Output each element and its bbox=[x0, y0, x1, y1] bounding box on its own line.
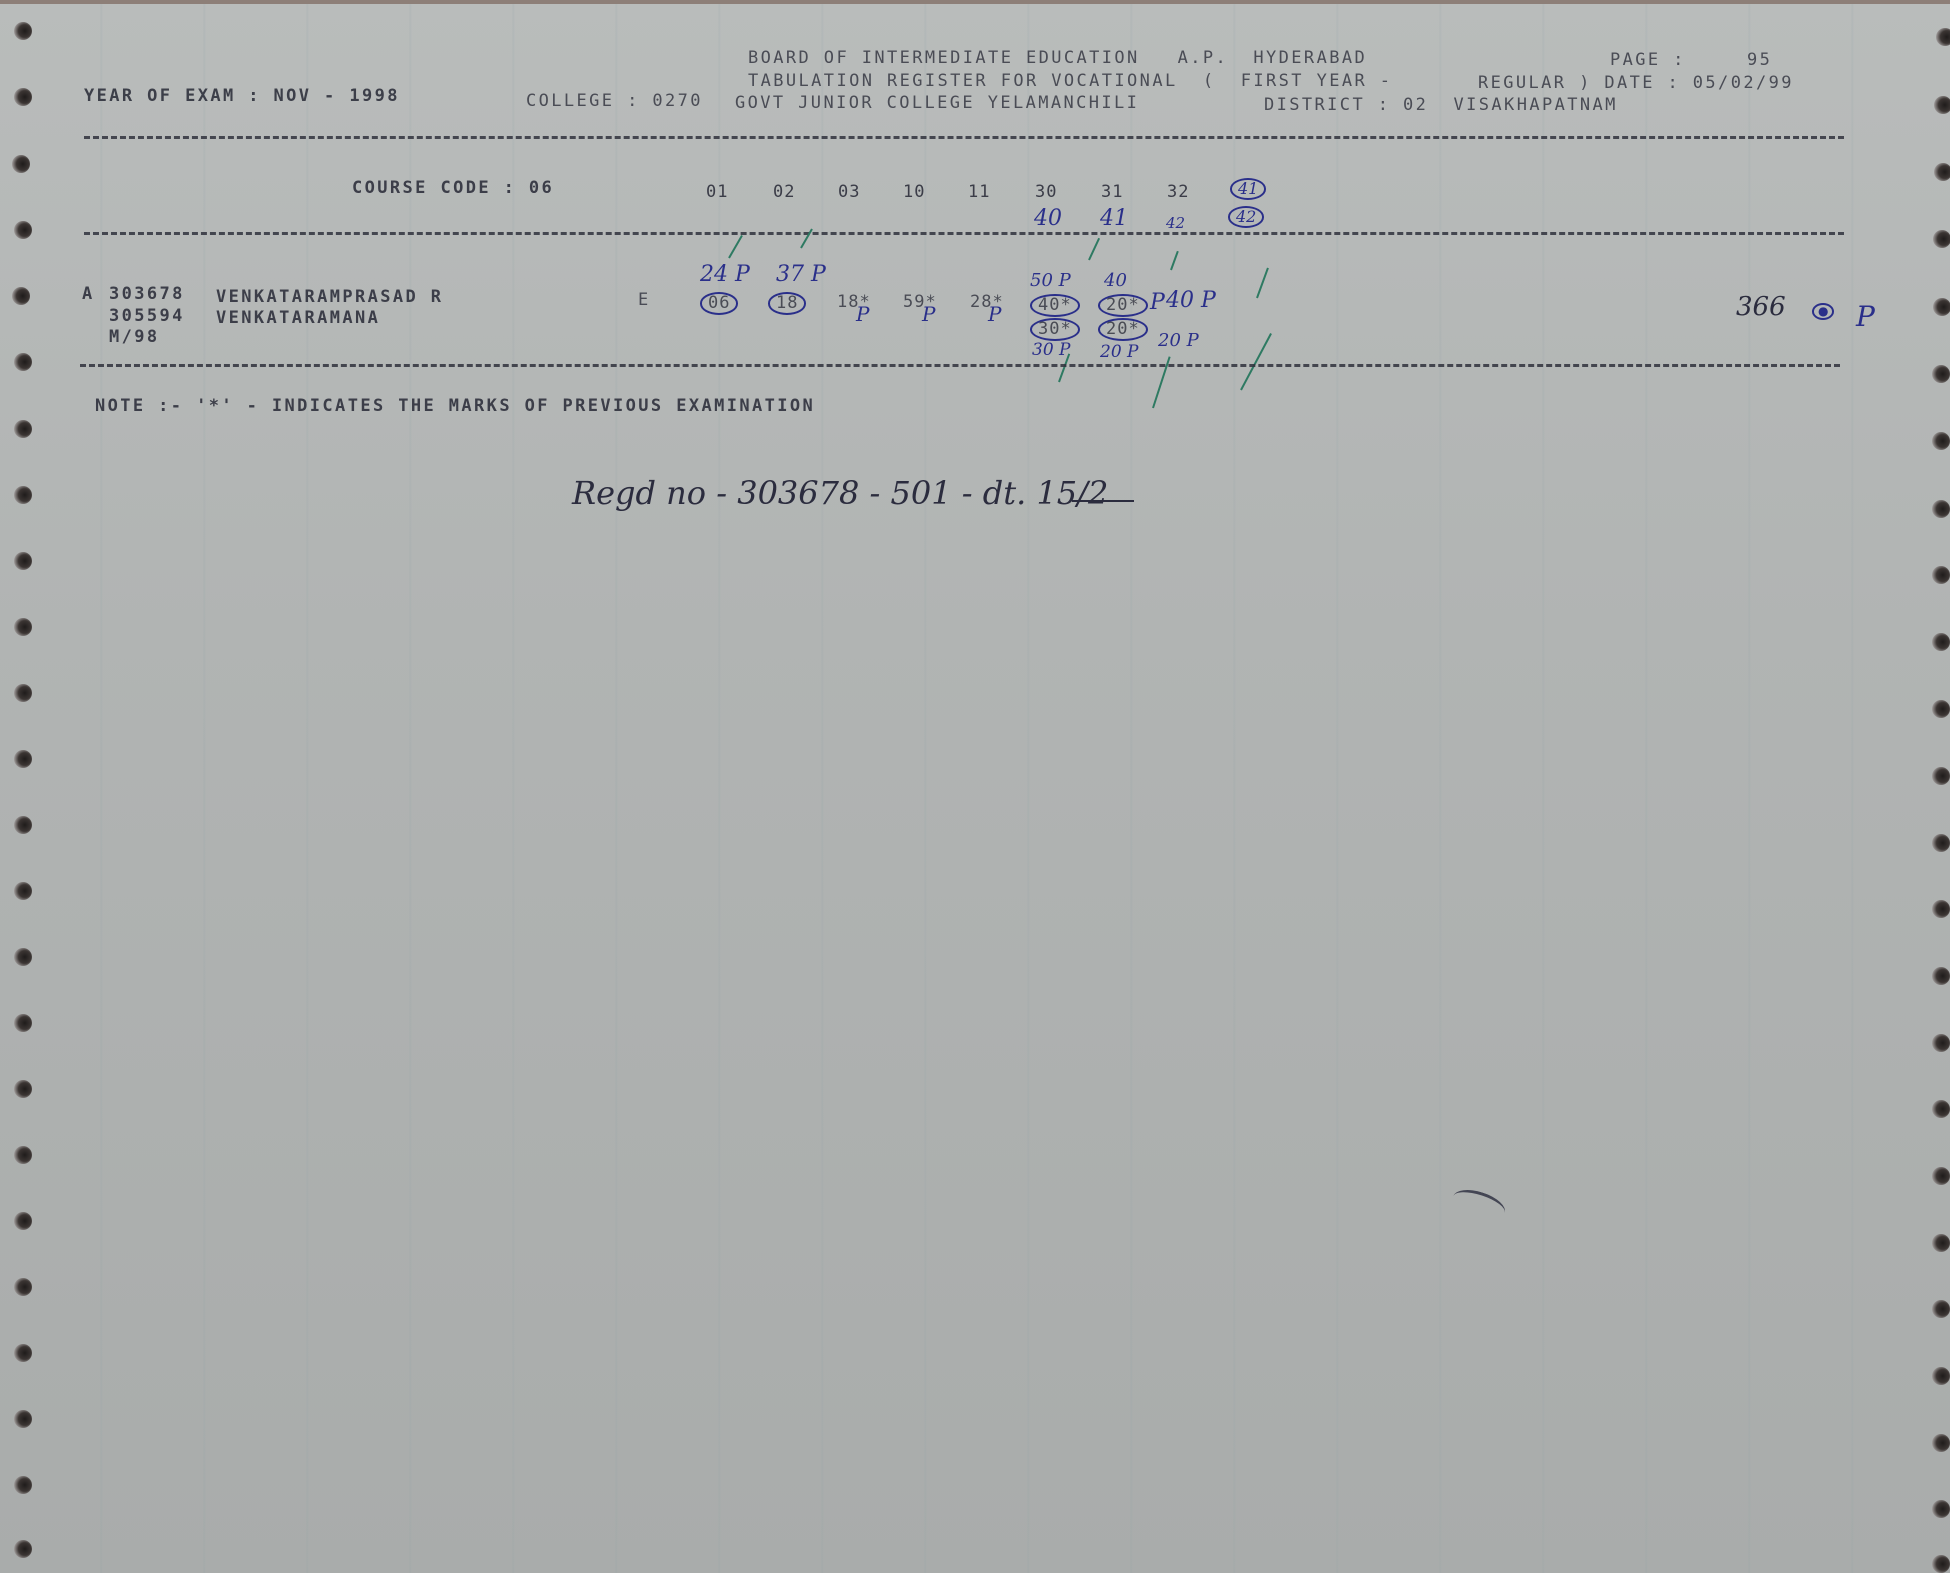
handwritten-mark: P bbox=[856, 302, 869, 326]
hall-ticket-number: 303678 bbox=[109, 284, 185, 304]
handwritten-mark: P bbox=[922, 302, 935, 326]
column-header: 01 bbox=[706, 182, 728, 202]
handwritten-column: 41 bbox=[1100, 206, 1128, 231]
column-header: 03 bbox=[838, 182, 860, 202]
paper-edge bbox=[0, 0, 1950, 4]
year-of-exam: YEAR OF EXAM : NOV - 1998 bbox=[84, 86, 400, 106]
medium: E bbox=[638, 290, 651, 310]
handwritten-column: 40 bbox=[1034, 206, 1062, 231]
page-label: PAGE : bbox=[1610, 50, 1686, 70]
course-code: COURSE CODE : 06 bbox=[352, 178, 554, 198]
mark-cell: 20* bbox=[1098, 294, 1148, 317]
handwritten-column: 42 bbox=[1228, 206, 1264, 228]
father-name: VENKATARAMANA bbox=[216, 308, 380, 328]
check-tick-icon bbox=[1256, 268, 1269, 299]
handwritten-mark: 24 P bbox=[700, 262, 750, 287]
mark-cell: 20* bbox=[1098, 318, 1148, 341]
student-name: VENKATARAMPRASAD R bbox=[216, 287, 443, 307]
mark-cell: 18 bbox=[768, 292, 806, 315]
column-header: 02 bbox=[773, 182, 795, 202]
check-tick-icon bbox=[728, 235, 743, 259]
handwritten-column: 42 bbox=[1166, 214, 1185, 232]
column-header: 11 bbox=[968, 182, 990, 202]
handwritten-mark: 30 P bbox=[1032, 340, 1070, 360]
handwritten-mark: P bbox=[1150, 290, 1165, 315]
check-tick-icon bbox=[1240, 333, 1272, 390]
column-header: 32 bbox=[1167, 182, 1189, 202]
district: DISTRICT : 02 VISAKHAPATNAM bbox=[1264, 95, 1618, 115]
divider bbox=[80, 364, 1840, 367]
footnote: NOTE :- '*' - INDICATES THE MARKS OF PRE… bbox=[95, 396, 815, 416]
mark-cell: 06 bbox=[700, 292, 738, 315]
handwritten-mark: 50 P bbox=[1030, 270, 1071, 291]
college-name: GOVT JUNIOR COLLEGE YELAMANCHILI bbox=[735, 93, 1139, 113]
tabulation-register-page: BOARD OF INTERMEDIATE EDUCATION A.P. HYD… bbox=[0, 0, 1950, 1573]
stray-pen-mark bbox=[1449, 1184, 1508, 1224]
handwritten-mark: 40 bbox=[1104, 270, 1127, 291]
handwritten-mark: 37 P bbox=[776, 262, 826, 287]
session: M/98 bbox=[109, 327, 160, 347]
regular-date: REGULAR ) DATE : 05/02/99 bbox=[1478, 73, 1794, 93]
handwritten-total-suffix: P bbox=[1856, 300, 1875, 333]
column-header: 30 bbox=[1035, 182, 1057, 202]
previous-ticket-number: 305594 bbox=[109, 306, 185, 326]
check-tick-icon bbox=[1088, 238, 1100, 261]
remark-underline bbox=[1072, 500, 1134, 502]
handwritten-mark: 20 P bbox=[1100, 342, 1138, 362]
divider bbox=[84, 232, 1844, 235]
check-tick-icon bbox=[1170, 251, 1179, 270]
column-header: 10 bbox=[903, 182, 925, 202]
column-header: 31 bbox=[1101, 182, 1123, 202]
mark-cell: 40* bbox=[1030, 294, 1080, 317]
grade-prefix: A bbox=[82, 284, 95, 304]
mark-cell: 30* bbox=[1030, 318, 1080, 341]
handwritten-column: 41 bbox=[1230, 178, 1266, 200]
handwritten-mark: 40 P bbox=[1166, 288, 1216, 313]
board-title: BOARD OF INTERMEDIATE EDUCATION A.P. HYD… bbox=[748, 48, 1367, 68]
divider bbox=[84, 136, 1844, 139]
handwritten-mark: P bbox=[988, 302, 1001, 326]
college-code: COLLEGE : 0270 bbox=[526, 91, 703, 111]
handwritten-remark: Regd no - 303678 - 501 - dt. 15/2 bbox=[572, 474, 1108, 512]
page-number: 95 bbox=[1747, 50, 1772, 70]
handwritten-total: 366 bbox=[1736, 292, 1786, 322]
register-title: TABULATION REGISTER FOR VOCATIONAL ( FIR… bbox=[748, 71, 1392, 91]
handwritten-mark: 20 P bbox=[1158, 330, 1199, 351]
seal-stamp-icon: ● bbox=[1812, 303, 1834, 320]
